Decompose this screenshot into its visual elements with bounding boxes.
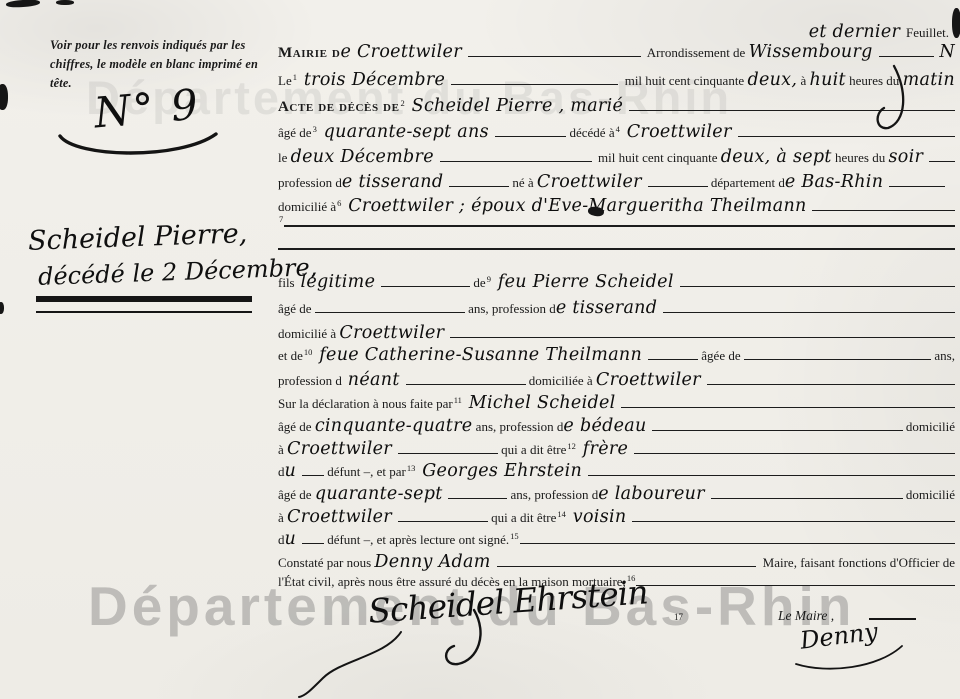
printed-label: Constaté par nous [278,555,374,571]
printed-label: le [278,150,291,166]
handwritten-entry: soir [888,147,929,167]
handwritten-entry: Croettwiler [537,172,648,192]
printed-label: Acte de décès de [278,99,400,116]
printed-label: ans, profession d [465,301,556,317]
handwritten-entry: u [285,529,302,549]
footnote-ref: 9 [486,274,492,284]
ruled-blank [520,541,955,544]
form-line: à Croettwiler qui a dit être12 frère [278,439,955,459]
printed-label: Sur la déclaration à nous faite par [278,396,453,412]
ruled-blank [652,428,902,431]
printed-label: Mairie d [278,45,340,62]
handwritten-entry: feu Pierre Scheidel [492,272,680,292]
ruled-blank [450,335,955,338]
ruled-blank [302,473,324,476]
form-line: Acte de décès de2 Scheidel Pierre , mari… [278,96,955,116]
handwritten-entry: e tisserand [342,172,449,192]
printed-label: domicilié à [278,199,336,215]
printed-label: et de [278,348,303,364]
printed-label: profession d [278,175,342,191]
handwritten-entry: Croettwiler [287,507,398,527]
printed-label: décédé à [566,125,614,141]
ruled-blank [448,496,507,499]
handwritten-entry: légitime [295,272,381,292]
form-line: âgé de cinquante-quatre ans, profession … [278,416,955,436]
ruled-blank [468,54,641,57]
ruled-blank [636,583,955,586]
printed-label: Maire, faisant fonctions d'Officier de [756,555,955,571]
footnote-ref: 10 [303,347,314,357]
handwritten-entry: trois Décembre [298,70,451,90]
printed-label: âgée de [698,348,744,364]
form-line: à Croettwiler qui a dit être14 voisin [278,507,955,527]
margin-deceased-name: Scheidel Pierre, [28,218,248,257]
ruled-blank [398,451,498,454]
ruled-blank [406,382,526,385]
ruled-blank [632,519,955,522]
form-line: profession de tisserand né à Croettwiler… [278,172,955,192]
ruled-blank [929,159,955,162]
printed-label: mil huit cent cinquante [618,73,747,89]
printed-label: à [278,442,287,458]
footnote-ref: 6 [336,198,342,208]
ruled-blank [284,223,955,227]
ruled-blank [634,451,955,454]
form-line: 7 [278,219,955,229]
printed-label: qui a dit être [488,510,557,526]
printed-label: domicilié [903,419,955,435]
ruled-blank [663,310,955,313]
printed-label: qui a dit être [498,442,567,458]
form-line: âgé de3 quarante-sept ans décédé à4 Croe… [278,122,955,142]
handwritten-entry: Croettwiler ; époux d'Eve-Margueritha Th… [342,196,812,216]
mayor-title-label: Le Maire , [778,608,834,624]
ruled-blank [744,357,931,360]
handwritten-entry: deux, à sept [721,147,832,167]
form-line: profession d néant domiciliée à Croettwi… [278,370,955,390]
margin-death-date: décédé le 2 Décembre, [38,253,318,291]
handwritten-entry: Croettwiler [339,323,450,343]
handwritten-entry: et dernier [809,22,906,42]
handwritten-entry: e tisserand [556,298,663,318]
handwritten-entry: Michel Scheidel [463,393,622,413]
form-line [278,246,955,250]
handwritten-entry: e Bas-Rhin [785,172,889,192]
ruled-blank [738,134,956,137]
handwritten-entry: deux, [747,70,797,90]
handwritten-entry: Croettwiler [621,122,738,142]
printed-label: défunt –, et après lecture ont signé. [324,532,509,548]
form-line: domicilié à Croettwiler [278,323,955,343]
scan-artifact [6,0,40,8]
form-line: Mairie de Croettwiler Arrondissement de … [278,42,955,62]
ruled-blank [648,184,708,187]
footnote-ref: 17 [674,612,683,622]
printed-label: né à [509,175,537,191]
handwritten-entry: Denny Adam [374,552,496,572]
ruled-blank [497,564,757,567]
footnote-ref: 14 [556,509,567,519]
printed-label: ans, [931,348,955,364]
printed-label: à [278,510,287,526]
ruled-blank [315,310,465,313]
printed-label: âgé de [278,419,315,435]
footnote-ref: 1 [292,72,298,82]
ruled-blank [302,541,324,544]
handwritten-entry: Croettwiler [596,370,707,390]
form-line: et dernier Feuillet. [278,22,955,42]
pen-flourish [52,128,222,162]
printed-label: ans, profession d [472,419,563,435]
printed-label: Le [278,73,292,89]
handwritten-entry: e bédeau [563,416,652,436]
form-line: du défunt –, et après lecture ont signé.… [278,529,955,549]
form-line: domicilié à6 Croettwiler ; époux d'Eve-M… [278,196,955,216]
handwritten-entry: e Croettwiler [340,42,467,62]
printed-label: de [470,275,486,291]
pen-flourish-mayor [790,642,908,674]
handwritten-entry: quarante-sept [315,484,449,504]
handwritten-entry: voisin [567,507,632,527]
printed-label: domicilié à [278,326,339,342]
ruled-blank [889,184,945,187]
ruled-blank [621,405,955,408]
handwritten-entry: cinquante-quatre [315,416,473,436]
footnote-ref: 4 [615,124,621,134]
ruled-blank [449,184,509,187]
handwritten-entry: quarante-sept ans [318,122,495,142]
ruled-blank [381,284,470,287]
handwritten-entry: Georges Ehrstein [416,461,588,481]
form-line: âgé de ans, profession de tisserand [278,298,955,318]
form-line: Le1 trois Décembre mil huit cent cinquan… [278,70,955,90]
handwritten-entry: deux Décembre [291,147,440,167]
form-line: fils légitime de9 feu Pierre Scheidel [278,272,955,292]
footnote-ref: 15 [509,531,520,541]
printed-label: à [797,73,809,89]
ruled-blank [879,54,934,57]
pen-stroke-top-right [872,64,918,134]
scan-artifact [56,0,74,5]
handwritten-entry: frère [577,439,634,459]
handwritten-entry: N [934,42,955,62]
footnote-ref: 11 [453,395,463,405]
printed-label: âgé de [278,487,315,503]
printed-label: mil huit cent cinquante [592,150,721,166]
margin-double-rule [36,296,252,313]
printed-label: fils [278,275,295,291]
ruled-blank [451,82,618,85]
footnote-ref: 2 [400,98,406,108]
printed-label: âgé de [278,125,312,141]
ruled-blank [588,473,955,476]
death-certificate-scan: Département du Bas-Rhin Département du B… [0,0,960,699]
handwritten-entry: e laboureur [598,484,710,504]
scan-artifact [0,302,4,314]
printed-label: profession d [278,373,342,389]
footnote-ref: 3 [312,124,318,134]
form-line: Constaté par nous Denny Adam Maire, fais… [278,552,955,572]
handwritten-entry: Wissembourg [749,42,879,62]
ruled-blank [707,382,955,385]
handwritten-entry: u [285,461,302,481]
ruled-blank [680,284,955,287]
handwritten-entry: Croettwiler [287,439,398,459]
ruled-blank [711,496,903,499]
printed-label: âgé de [278,301,315,317]
pen-stroke-signature-loop [438,608,490,672]
handwritten-entry: néant [342,370,406,390]
printed-label: défunt –, et par [324,464,406,480]
printed-label: Feuillet. [906,25,949,41]
footnote-ref: 12 [566,441,577,451]
printed-label: département d [708,175,785,191]
handwritten-entry: huit [810,70,846,90]
printed-label: heures du [832,150,889,166]
ruled-blank [440,159,592,162]
form-line: Sur la déclaration à nous faite par11 Mi… [278,393,955,413]
handwritten-entry: feue Catherine-Susanne Theilmann [313,345,648,365]
form-line: du défunt –, et par13 Georges Ehrstein [278,461,955,481]
printed-label: ans, profession d [507,487,598,503]
printed-label: domiciliée à [526,373,596,389]
scan-artifact [0,84,8,110]
printed-label: domicilié [903,487,955,503]
printed-label: Arrondissement de [641,45,749,61]
handwritten-entry: Scheidel Pierre , marié [406,96,629,116]
form-line: et de10 feue Catherine-Susanne Theilmann… [278,345,955,365]
ruled-blank [278,246,955,250]
form-line: âgé de quarante-sept ans, profession de … [278,484,955,504]
ruled-blank [812,208,955,211]
form-line: le deux Décembre mil huit cent cinquante… [278,147,955,167]
ruled-blank [398,519,488,522]
pen-stroke-bottom-left [293,626,409,699]
footnote-ref: 7 [278,214,284,224]
ruled-blank [648,357,698,360]
ruled-blank [495,134,567,137]
scan-artifact [952,8,960,38]
footnote-ref: 13 [406,463,417,473]
